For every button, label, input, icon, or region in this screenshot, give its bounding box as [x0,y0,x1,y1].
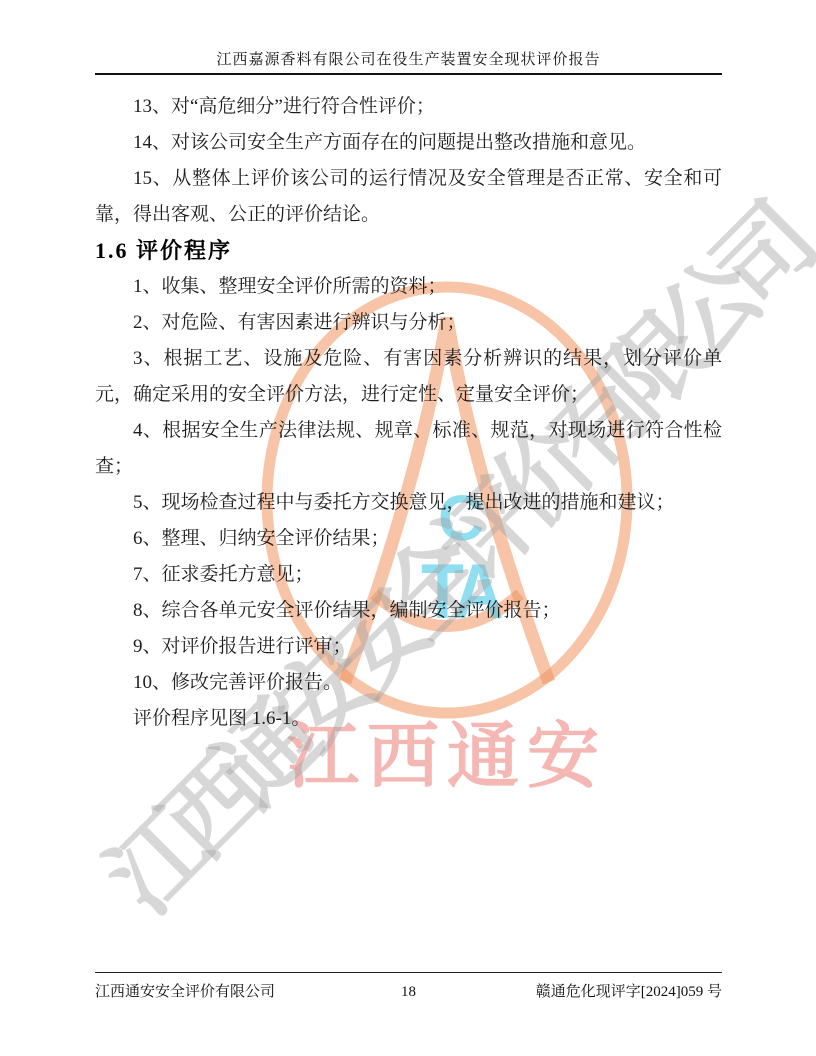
step-6: 6、整理、归纳安全评价结果； [95,521,722,557]
footer-doc-number: 赣通危化现评字[2024]059 号 [513,980,722,1001]
step-10: 10、修改完善评价报告。 [95,665,722,701]
document-page: C TA 江西通安 江西通安安全评价有限公司 江西嘉源香料有限公司在役生产装置安… [0,0,816,1056]
document-body: 13、对“高危细分”进行符合性评价； 14、对该公司安全生产方面存在的问题提出整… [95,89,722,737]
footer-company: 江西通安安全评价有限公司 [95,980,304,1001]
step-1: 1、收集、整理安全评价所需的资料； [95,269,722,305]
paragraph-item-15: 15、从整体上评价该公司的运行情况及安全管理是否正常、安全和可靠，得出客观、公正… [95,161,722,233]
step-3: 3、根据工艺、设施及危险、有害因素分析辨识的结果，划分评价单元，确定采用的安全评… [95,341,722,413]
page-header-title: 江西嘉源香料有限公司在役生产装置安全现状评价报告 [95,48,722,69]
step-4: 4、根据安全生产法律法规、规章、标准、规范，对现场进行符合性检查； [95,413,722,485]
footer-page-number: 18 [304,984,513,1001]
step-5: 5、现场检查过程中与委托方交换意见，提出改进的措施和建议； [95,485,722,521]
paragraph-item-14: 14、对该公司安全生产方面存在的问题提出整改措施和意见。 [95,125,722,161]
step-9: 9、对评价报告进行评审； [95,629,722,665]
paragraph-item-13: 13、对“高危细分”进行符合性评价； [95,89,722,125]
footer-rule [95,972,722,973]
header-rule [95,73,722,75]
step-7: 7、征求委托方意见； [95,557,722,593]
page-footer: 江西通安安全评价有限公司 18 赣通危化现评字[2024]059 号 [95,980,722,1001]
step-2: 2、对危险、有害因素进行辨识与分析； [95,305,722,341]
step-8: 8、综合各单元安全评价结果，编制安全评价报告； [95,593,722,629]
closing-line: 评价程序见图 1.6-1。 [95,701,722,737]
section-heading-1-6: 1.6 评价程序 [95,233,722,269]
content-layer: 江西嘉源香料有限公司在役生产装置安全现状评价报告 13、对“高危细分”进行符合性… [0,0,816,1056]
